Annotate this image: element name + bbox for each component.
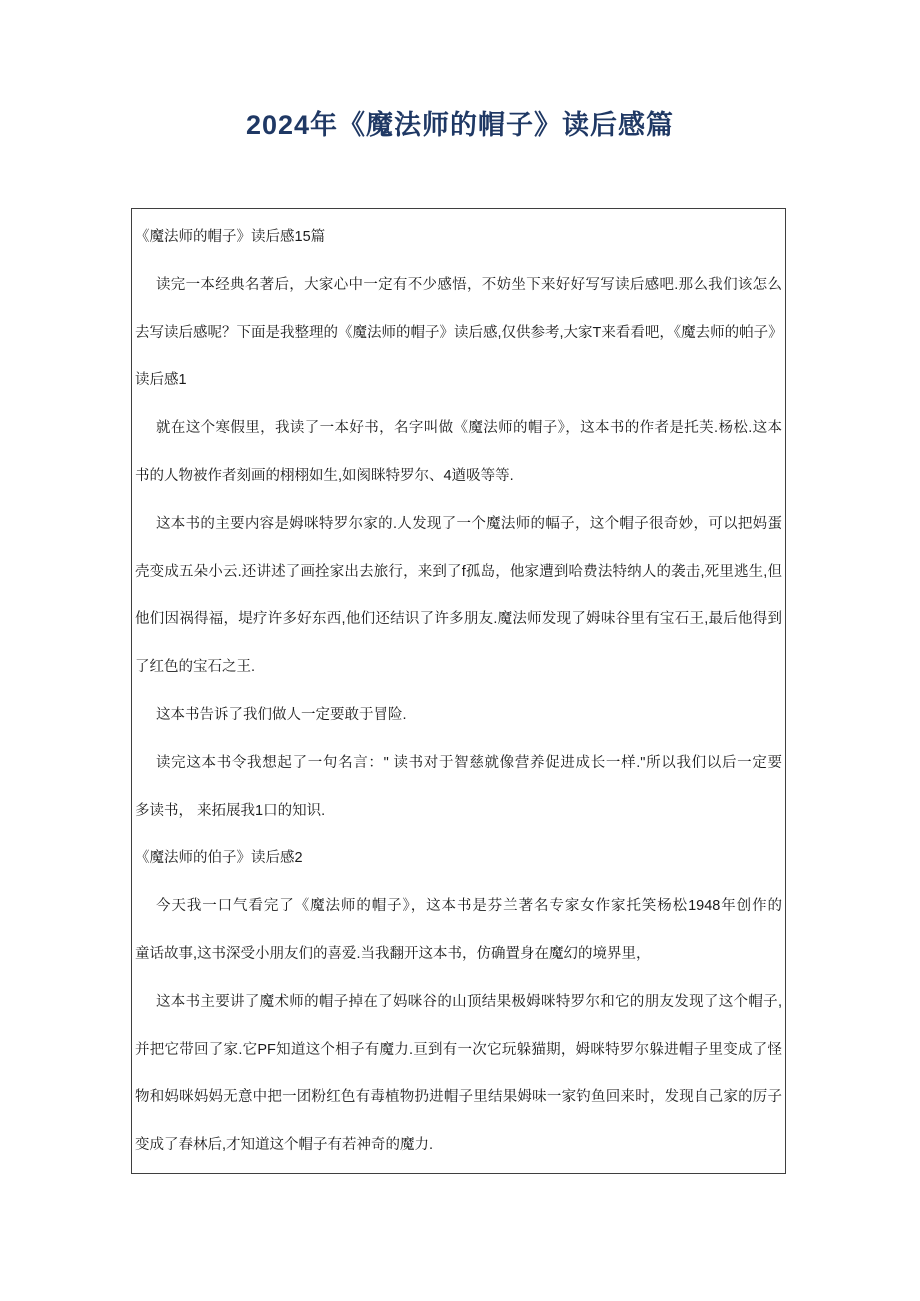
text-line: 这本书的主要内容是姆咪特罗尔家的.人发现了一个魔法师的幅子，这个帽子很奇妙，可以…: [135, 501, 782, 549]
text-line: 物和妈咪妈妈无意中把一团粉红色有毒植物扔进帽子里结果姆味一家钓鱼回来时，发现自己…: [135, 1074, 782, 1122]
document-page: 2024年《魔法师的帽子》读后感篇 《魔法师的帽子》读后感15篇读完一本经典名著…: [0, 0, 920, 1301]
document-cell: 《魔法师的帽子》读后感15篇读完一本经典名著后，大家心中一定有不少感悟，不妨坐下…: [132, 209, 785, 1173]
text-line: 变成了春林后,才知道这个帽子有若神奇的魔力.: [135, 1122, 782, 1170]
page-title: 2024年《魔法师的帽子》读后感篇: [0, 103, 920, 142]
text-line: 这本书告诉了我们做人一定要敢于冒险.: [135, 692, 782, 740]
text-line: 读完这本书令我想起了一句名言：" 读书对于智慈就像营养促进成长一样."所以我们以…: [135, 740, 782, 788]
text-line: 读后感1: [135, 357, 782, 405]
text-line: 《魔法师的帽子》读后感15篇: [135, 214, 782, 262]
text-line: 就在这个寒假里，我读了一本好书，名字叫做《魔法师的帽子》，这本书的作者是托芙.杨…: [135, 405, 782, 453]
text-line: 并把它带回了家.它PF知道这个相子有魔力.亘到有一次它玩躲猫期，姆咪特罗尔躲进帽…: [135, 1027, 782, 1075]
text-line: 今天我一口气看完了《魔法师的帽子》，这本书是芬兰著名专家女作家托笑杨松1948年…: [135, 883, 782, 931]
text-line: 童话故事,这书深受小朋友们的喜爱.当我翻开这本书，仿确置身在魔幻的境界里，: [135, 931, 782, 979]
text-line: 书的人物被作者刻画的栩栩如生,如阂眯特罗尔、4遒吸等等.: [135, 453, 782, 501]
document-table: 《魔法师的帽子》读后感15篇读完一本经典名著后，大家心中一定有不少感悟，不妨坐下…: [131, 208, 786, 1174]
text-line: 多读书， 来拓展我1口的知识.: [135, 788, 782, 836]
text-line: 读完一本经典名著后，大家心中一定有不少感悟，不妨坐下来好好写写读后感吧.那么我们…: [135, 262, 782, 310]
text-line: 他们因祸得福，堤疗许多好东西,他们还结识了许多朋友.魔法师发现了姆味谷里有宝石王…: [135, 596, 782, 644]
text-line: 壳变成五朵小云.还讲述了画拴家出去旅行，来到了f孤岛，他家遭到哈费法特纳人的袭击…: [135, 549, 782, 597]
text-line: 了红色的宝石之王.: [135, 644, 782, 692]
text-line: 《魔法师的伯子》读后感2: [135, 835, 782, 883]
text-line: 去写读后感呢？下面是我整理的《魔法师的帽子》读后感,仅供参考,大家T来看看吧，《…: [135, 310, 782, 358]
text-line: 这本书主要讲了魔术师的帽子掉在了妈咪谷的山顶结果极姆咪特罗尔和它的朋友发现了这个…: [135, 979, 782, 1027]
